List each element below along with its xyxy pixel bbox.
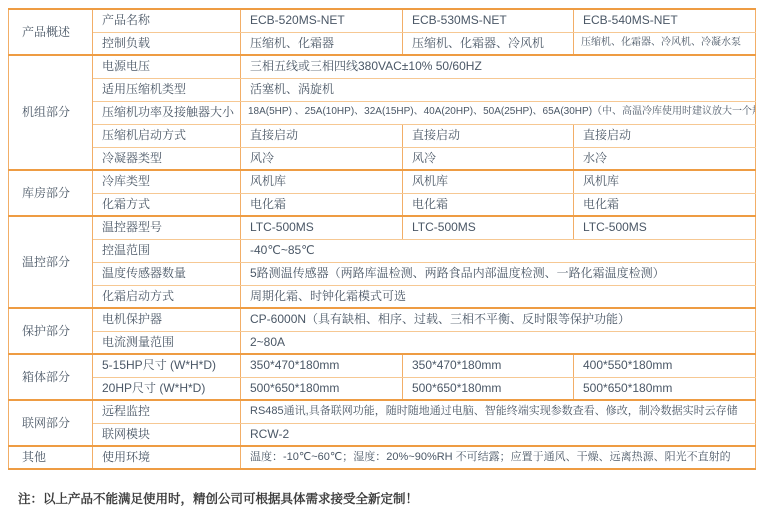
value-cell-merged: -40℃~85℃: [241, 239, 756, 262]
value-cell-merged: 周期化霜、时钟化霜模式可选: [241, 285, 756, 308]
row-label: 电流测量范围: [93, 331, 241, 354]
value-cell: 电化霜: [403, 193, 574, 216]
table-row: 20HP尺寸 (W*H*D) 500*650*180mm 500*650*180…: [9, 377, 756, 400]
value-cell: 500*650*180mm: [574, 377, 756, 400]
footer-note: 注：以上产品不能满足使用时，精创公司可根据具体需求接受全新定制！: [18, 489, 418, 507]
section-category-other: 其他: [9, 446, 93, 469]
value-cell: 压缩机、化霜器、冷风机、冷凝水泵: [574, 32, 756, 55]
row-label: 温控器型号: [93, 216, 241, 239]
section-category-storeroom: 库房部分: [9, 170, 93, 216]
table-row: 化霜启动方式 周期化霜、时钟化霜模式可选: [9, 285, 756, 308]
value-cell: 350*470*180mm: [241, 354, 403, 377]
value-cell: ECB-520MS-NET: [241, 9, 403, 32]
row-label: 适用压缩机类型: [93, 78, 241, 101]
table-row: 冷凝器类型 风冷 风冷 水冷: [9, 147, 756, 170]
table-row: 压缩机功率及接触器大小 18A(5HP) 、25A(10HP)、32A(15HP…: [9, 101, 756, 124]
table-row: 联网部分 远程监控 RS485通讯,具备联网功能，随时随地通过电脑、智能终端实现…: [9, 400, 756, 423]
row-label: 化霜方式: [93, 193, 241, 216]
value-cell-merged: 18A(5HP) 、25A(10HP)、32A(15HP)、40A(20HP)、…: [241, 101, 756, 124]
value-cell: 直接启动: [403, 124, 574, 147]
table-row: 保护部分 电机保护器 CP-6000N（具有缺相、相序、过载、三相不平衡、反时限…: [9, 308, 756, 331]
row-label: 冷凝器类型: [93, 147, 241, 170]
value-cell: 风冷: [241, 147, 403, 170]
value-cell: LTC-500MS: [574, 216, 756, 239]
table-row: 库房部分 冷库类型 风机库 风机库 风机库: [9, 170, 756, 193]
row-label: 远程监控: [93, 400, 241, 423]
section-category-protection: 保护部分: [9, 308, 93, 354]
table-row: 温度传感器数量 5路测温传感器（两路库温检测、两路食品内部温度检测、一路化霜温度…: [9, 262, 756, 285]
value-cell-merged: 活塞机、涡旋机: [241, 78, 756, 101]
value-cell: LTC-500MS: [403, 216, 574, 239]
value-cell: 风冷: [403, 147, 574, 170]
value-cell-merged: 5路测温传感器（两路库温检测、两路食品内部温度检测、一路化霜温度检测）: [241, 262, 756, 285]
value-cell: 压缩机、化霜器、冷风机: [403, 32, 574, 55]
value-cell: 350*470*180mm: [403, 354, 574, 377]
row-label: 化霜启动方式: [93, 285, 241, 308]
table-row: 控制负载 压缩机、化霜器 压缩机、化霜器、冷风机 压缩机、化霜器、冷风机、冷凝水…: [9, 32, 756, 55]
row-label: 压缩机启动方式: [93, 124, 241, 147]
value-cell: LTC-500MS: [241, 216, 403, 239]
value-cell: 直接启动: [241, 124, 403, 147]
table-row: 压缩机启动方式 直接启动 直接启动 直接启动: [9, 124, 756, 147]
row-label: 电源电压: [93, 55, 241, 78]
value-cell: 400*550*180mm: [574, 354, 756, 377]
value-cell: 500*650*180mm: [241, 377, 403, 400]
row-label: 冷库类型: [93, 170, 241, 193]
value-cell: 风机库: [574, 170, 756, 193]
section-category-networking: 联网部分: [9, 400, 93, 446]
table-row: 电流测量范围 2~80A: [9, 331, 756, 354]
value-cell-merged: 温度：-10℃~60℃；湿度：20%~90%RH 不可结露；应置于通风、干燥、远…: [241, 446, 756, 469]
value-cell: 直接启动: [574, 124, 756, 147]
value-cell-merged: 2~80A: [241, 331, 756, 354]
spec-table-container: 产品概述 产品名称 ECB-520MS-NET ECB-530MS-NET EC…: [8, 8, 756, 470]
value-cell-merged: RCW-2: [241, 423, 756, 446]
section-category-thermostat: 温控部分: [9, 216, 93, 308]
table-row: 化霜方式 电化霜 电化霜 电化霜: [9, 193, 756, 216]
value-cell: 风机库: [403, 170, 574, 193]
value-cell: ECB-530MS-NET: [403, 9, 574, 32]
row-label: 20HP尺寸 (W*H*D): [93, 377, 241, 400]
row-label: 使用环境: [93, 446, 241, 469]
value-cell: ECB-540MS-NET: [574, 9, 756, 32]
row-label: 控制负载: [93, 32, 241, 55]
value-cell: 电化霜: [574, 193, 756, 216]
table-row: 机组部分 电源电压 三相五线或三相四线380VAC±10% 50/60HZ: [9, 55, 756, 78]
table-row: 产品概述 产品名称 ECB-520MS-NET ECB-530MS-NET EC…: [9, 9, 756, 32]
row-label: 产品名称: [93, 9, 241, 32]
row-label: 5-15HP尺寸 (W*H*D): [93, 354, 241, 377]
value-cell-merged: CP-6000N（具有缺相、相序、过载、三相不平衡、反时限等保护功能）: [241, 308, 756, 331]
spec-sheet-page: { "table": { "sections": [ { "category":…: [0, 0, 760, 512]
row-label: 联网模块: [93, 423, 241, 446]
value-cell: 水冷: [574, 147, 756, 170]
table-row: 温控部分 温控器型号 LTC-500MS LTC-500MS LTC-500MS: [9, 216, 756, 239]
value-cell-merged: RS485通讯,具备联网功能，随时随地通过电脑、智能终端实现参数查看、修改，制冷…: [241, 400, 756, 423]
section-category-enclosure: 箱体部分: [9, 354, 93, 400]
table-row: 其他 使用环境 温度：-10℃~60℃；湿度：20%~90%RH 不可结露；应置…: [9, 446, 756, 469]
row-label: 电机保护器: [93, 308, 241, 331]
row-label: 温度传感器数量: [93, 262, 241, 285]
row-label: 控温范围: [93, 239, 241, 262]
table-row: 适用压缩机类型 活塞机、涡旋机: [9, 78, 756, 101]
section-category-unit: 机组部分: [9, 55, 93, 170]
value-cell: 风机库: [241, 170, 403, 193]
row-label: 压缩机功率及接触器大小: [93, 101, 241, 124]
value-cell: 电化霜: [241, 193, 403, 216]
value-cell: 500*650*180mm: [403, 377, 574, 400]
spec-table: 产品概述 产品名称 ECB-520MS-NET ECB-530MS-NET EC…: [8, 8, 756, 470]
section-category-overview: 产品概述: [9, 9, 93, 55]
table-row: 联网模块 RCW-2: [9, 423, 756, 446]
value-cell-merged: 三相五线或三相四线380VAC±10% 50/60HZ: [241, 55, 756, 78]
value-cell: 压缩机、化霜器: [241, 32, 403, 55]
table-row: 控温范围 -40℃~85℃: [9, 239, 756, 262]
table-row: 箱体部分 5-15HP尺寸 (W*H*D) 350*470*180mm 350*…: [9, 354, 756, 377]
